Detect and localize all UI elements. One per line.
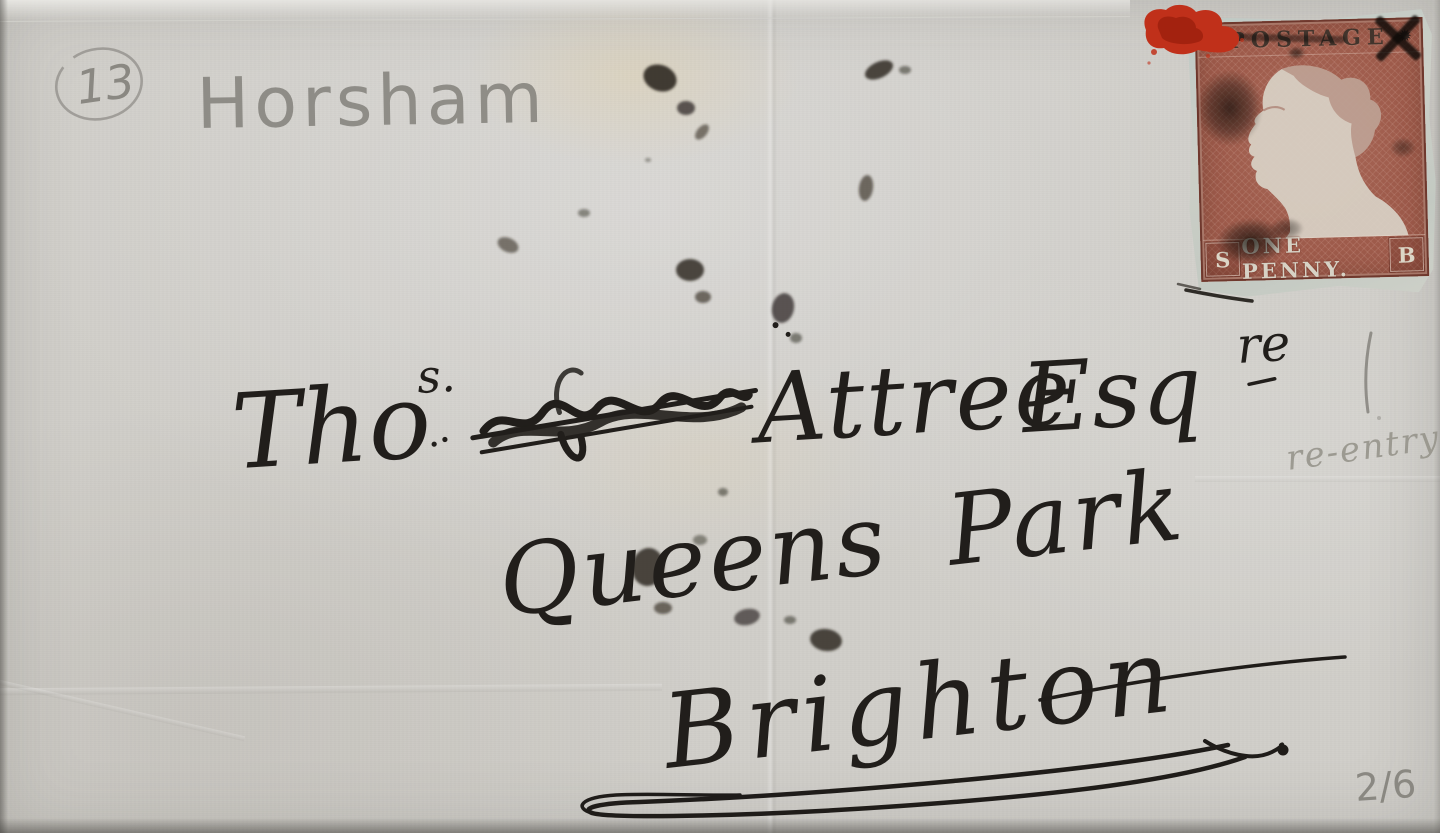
ink-smudge (857, 174, 874, 202)
ink-smudge (645, 158, 651, 162)
pencil-number: 13 (73, 53, 138, 115)
ink-smudge (809, 627, 844, 653)
addressee-prefix: Tho (228, 359, 434, 493)
ink-smudge (692, 122, 711, 142)
ink-smudge (784, 616, 796, 624)
end-flourish (1205, 741, 1282, 756)
wax-droplet (1151, 49, 1157, 55)
wax-seal-spot (1144, 5, 1244, 65)
address-line-2: Queens Park (493, 449, 1191, 640)
pencil-number-annotation: 13 (50, 41, 149, 127)
addressee-honorific-superscript: re (1235, 314, 1292, 375)
addressee-honorific: Esq (1016, 332, 1205, 455)
pencil-place-name: Horsham (196, 57, 549, 145)
annotations-layer: 13 Horsham T (0, 0, 1440, 833)
wax-droplet (1147, 61, 1150, 64)
ink-smudge (578, 209, 590, 217)
ink-smudge (495, 234, 521, 256)
wax-droplet (1240, 38, 1244, 42)
ink-smudge (790, 333, 802, 343)
pencil-tick-mark (1366, 333, 1381, 420)
ink-smudge (769, 291, 797, 325)
struck-out-word (469, 359, 759, 464)
ink-smudge (640, 60, 681, 96)
envelope-cover: ✶ POSTAGE ✹ S ONE PENNY. B (0, 0, 1440, 833)
wax-droplet (1206, 54, 1210, 58)
pencil-note: re-entry (1284, 418, 1440, 479)
ink-smudge (695, 291, 711, 303)
pencil-price: 2/6 (1354, 762, 1418, 810)
cancel-stroke (1178, 284, 1252, 301)
ink-dash (1249, 379, 1275, 385)
ink-blob (1278, 745, 1289, 756)
ink-smudge (677, 101, 695, 115)
ink-smudge (718, 488, 728, 496)
ink-smudge (899, 66, 911, 74)
ink-smudge (862, 56, 896, 83)
ink-dot (442, 437, 448, 443)
addressee-prefix-superscript: s. (415, 348, 456, 404)
ink-dot (772, 322, 778, 328)
ink-smudge (676, 259, 704, 281)
ink-dot (785, 332, 790, 337)
